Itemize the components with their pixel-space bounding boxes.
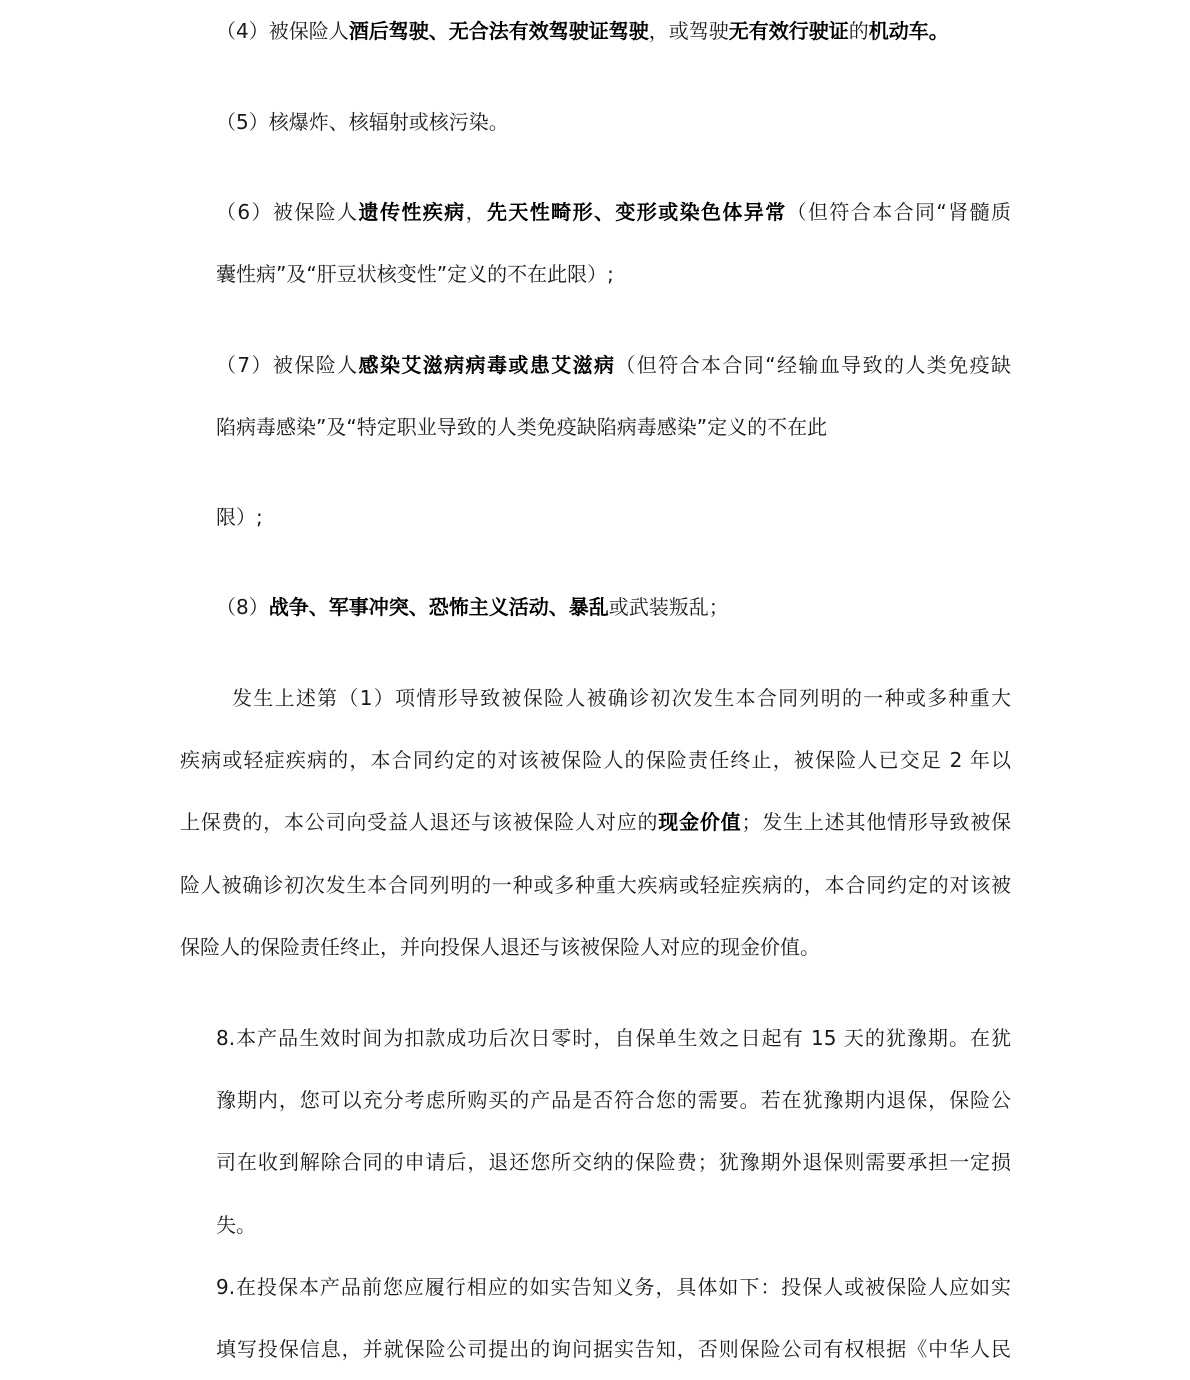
text-line: （5）核爆炸、核辐射或核污染。 — [216, 108, 509, 136]
text-run: ， — [466, 200, 487, 224]
text-run: 司在收到解除合同的申请后，退还您所交纳的保险费；犹豫期外退保则需要承担一定损 — [216, 1150, 1011, 1174]
text-run: （4）被保险人 — [216, 19, 349, 43]
text-run: 限）; — [216, 505, 263, 529]
text-run: 上保费的，本公司向受益人退还与该被保险人对应的 — [180, 810, 658, 834]
bold-text: 遗传性疾病 — [359, 200, 466, 224]
text-run: 填写投保信息，并就保险公司提出的询问据实告知，否则保险公司有权根据《中华人民 — [216, 1337, 1011, 1361]
text-line: 险人被确诊初次发生本合同列明的一种或多种重大疾病或轻症疾病的，本合同约定的对该被 — [180, 871, 1011, 899]
text-line: （8）战争、军事冲突、恐怖主义活动、暴乱或武装叛乱； — [216, 593, 729, 621]
text-run: （6）被保险人 — [216, 200, 359, 224]
text-run: 豫期内，您可以充分考虑所购买的产品是否符合您的需要。若在犹豫期内退保，保险公 — [216, 1088, 1011, 1112]
text-line: （6）被保险人遗传性疾病，先天性畸形、变形或染色体异常（但符合本合同“肾髓质 — [216, 198, 1011, 226]
text-run: 9.在投保本产品前您应履行相应的如实告知义务，具体如下：投保人或被保险人应如实 — [216, 1275, 1011, 1299]
bold-text: 酒后驾驶、无合法有效驾驶证驾驶 — [349, 19, 649, 43]
text-run: （8） — [216, 595, 269, 619]
text-line: （7）被保险人感染艾滋病病毒或患艾滋病（但符合本合同“经输血导致的人类免疫缺 — [216, 351, 1011, 379]
text-line: 囊性病”及“肝豆状核变性”定义的不在此限）; — [216, 260, 614, 288]
text-run: 8.本产品生效时间为扣款成功后次日零时，自保单生效之日起有 15 天的犹豫期。在… — [216, 1026, 1011, 1050]
text-run: （7）被保险人 — [216, 353, 359, 377]
text-run: 险人被确诊初次发生本合同列明的一种或多种重大疾病或轻症疾病的，本合同约定的对该被 — [180, 873, 1011, 897]
bold-text: 现金价值 — [658, 810, 741, 834]
text-run: 疾病或轻症疾病的，本合同约定的对该被保险人的保险责任终止，被保险人已交足 2 年… — [180, 748, 1011, 772]
text-run: 或武装叛乱； — [609, 595, 729, 619]
text-run: 发生上述第（1）项情形导致被保险人被确诊初次发生本合同列明的一种或多种重大 — [232, 686, 1011, 710]
text-line: 9.在投保本产品前您应履行相应的如实告知义务，具体如下：投保人或被保险人应如实 — [216, 1273, 1011, 1301]
text-run: 保险人的保险责任终止，并向投保人退还与该被保险人对应的现金价值。 — [180, 935, 820, 959]
text-run: ，或驾驶 — [649, 19, 729, 43]
text-line: 填写投保信息，并就保险公司提出的询问据实告知，否则保险公司有权根据《中华人民 — [216, 1335, 1011, 1363]
text-line: 上保费的，本公司向受益人退还与该被保险人对应的现金价值；发生上述其他情形导致被保 — [180, 808, 1011, 836]
text-line: 陷病毒感染”及“特定职业导致的人类免疫缺陷病毒感染”定义的不在此 — [216, 413, 827, 441]
text-line: （4）被保险人酒后驾驶、无合法有效驾驶证驾驶，或驾驶无有效行驶证的机动车。 — [216, 17, 949, 45]
text-line: 限）; — [216, 503, 263, 531]
bold-text: 感染艾滋病病毒或患艾滋病 — [359, 353, 616, 377]
bold-text: 先天性畸形、变形或染色体异常 — [487, 200, 787, 224]
text-run: 失。 — [216, 1213, 256, 1237]
text-line: 8.本产品生效时间为扣款成功后次日零时，自保单生效之日起有 15 天的犹豫期。在… — [216, 1024, 1011, 1052]
text-line: 豫期内，您可以充分考虑所购买的产品是否符合您的需要。若在犹豫期内退保，保险公 — [216, 1086, 1011, 1114]
text-run: （但符合本合同“经输血导致的人类免疫缺 — [615, 353, 1011, 377]
bold-text: 无有效行驶证 — [729, 19, 849, 43]
text-line: 司在收到解除合同的申请后，退还您所交纳的保险费；犹豫期外退保则需要承担一定损 — [216, 1148, 1011, 1176]
text-run: 囊性病”及“肝豆状核变性”定义的不在此限）; — [216, 262, 614, 286]
text-run: （但符合本合同“肾髓质 — [787, 200, 1011, 224]
text-line: 发生上述第（1）项情形导致被保险人被确诊初次发生本合同列明的一种或多种重大 — [232, 684, 1011, 712]
text-line: 保险人的保险责任终止，并向投保人退还与该被保险人对应的现金价值。 — [180, 933, 820, 961]
text-run: 的 — [849, 19, 869, 43]
text-line: 疾病或轻症疾病的，本合同约定的对该被保险人的保险责任终止，被保险人已交足 2 年… — [180, 746, 1011, 774]
text-line: 失。 — [216, 1211, 256, 1239]
text-run: ；发生上述其他情形导致被保 — [741, 810, 1011, 834]
text-run: 陷病毒感染”及“特定职业导致的人类免疫缺陷病毒感染”定义的不在此 — [216, 415, 827, 439]
text-run: （5）核爆炸、核辐射或核污染。 — [216, 110, 509, 134]
bold-text: 机动车。 — [869, 19, 949, 43]
bold-text: 战争、军事冲突、恐怖主义活动、暴乱 — [269, 595, 609, 619]
